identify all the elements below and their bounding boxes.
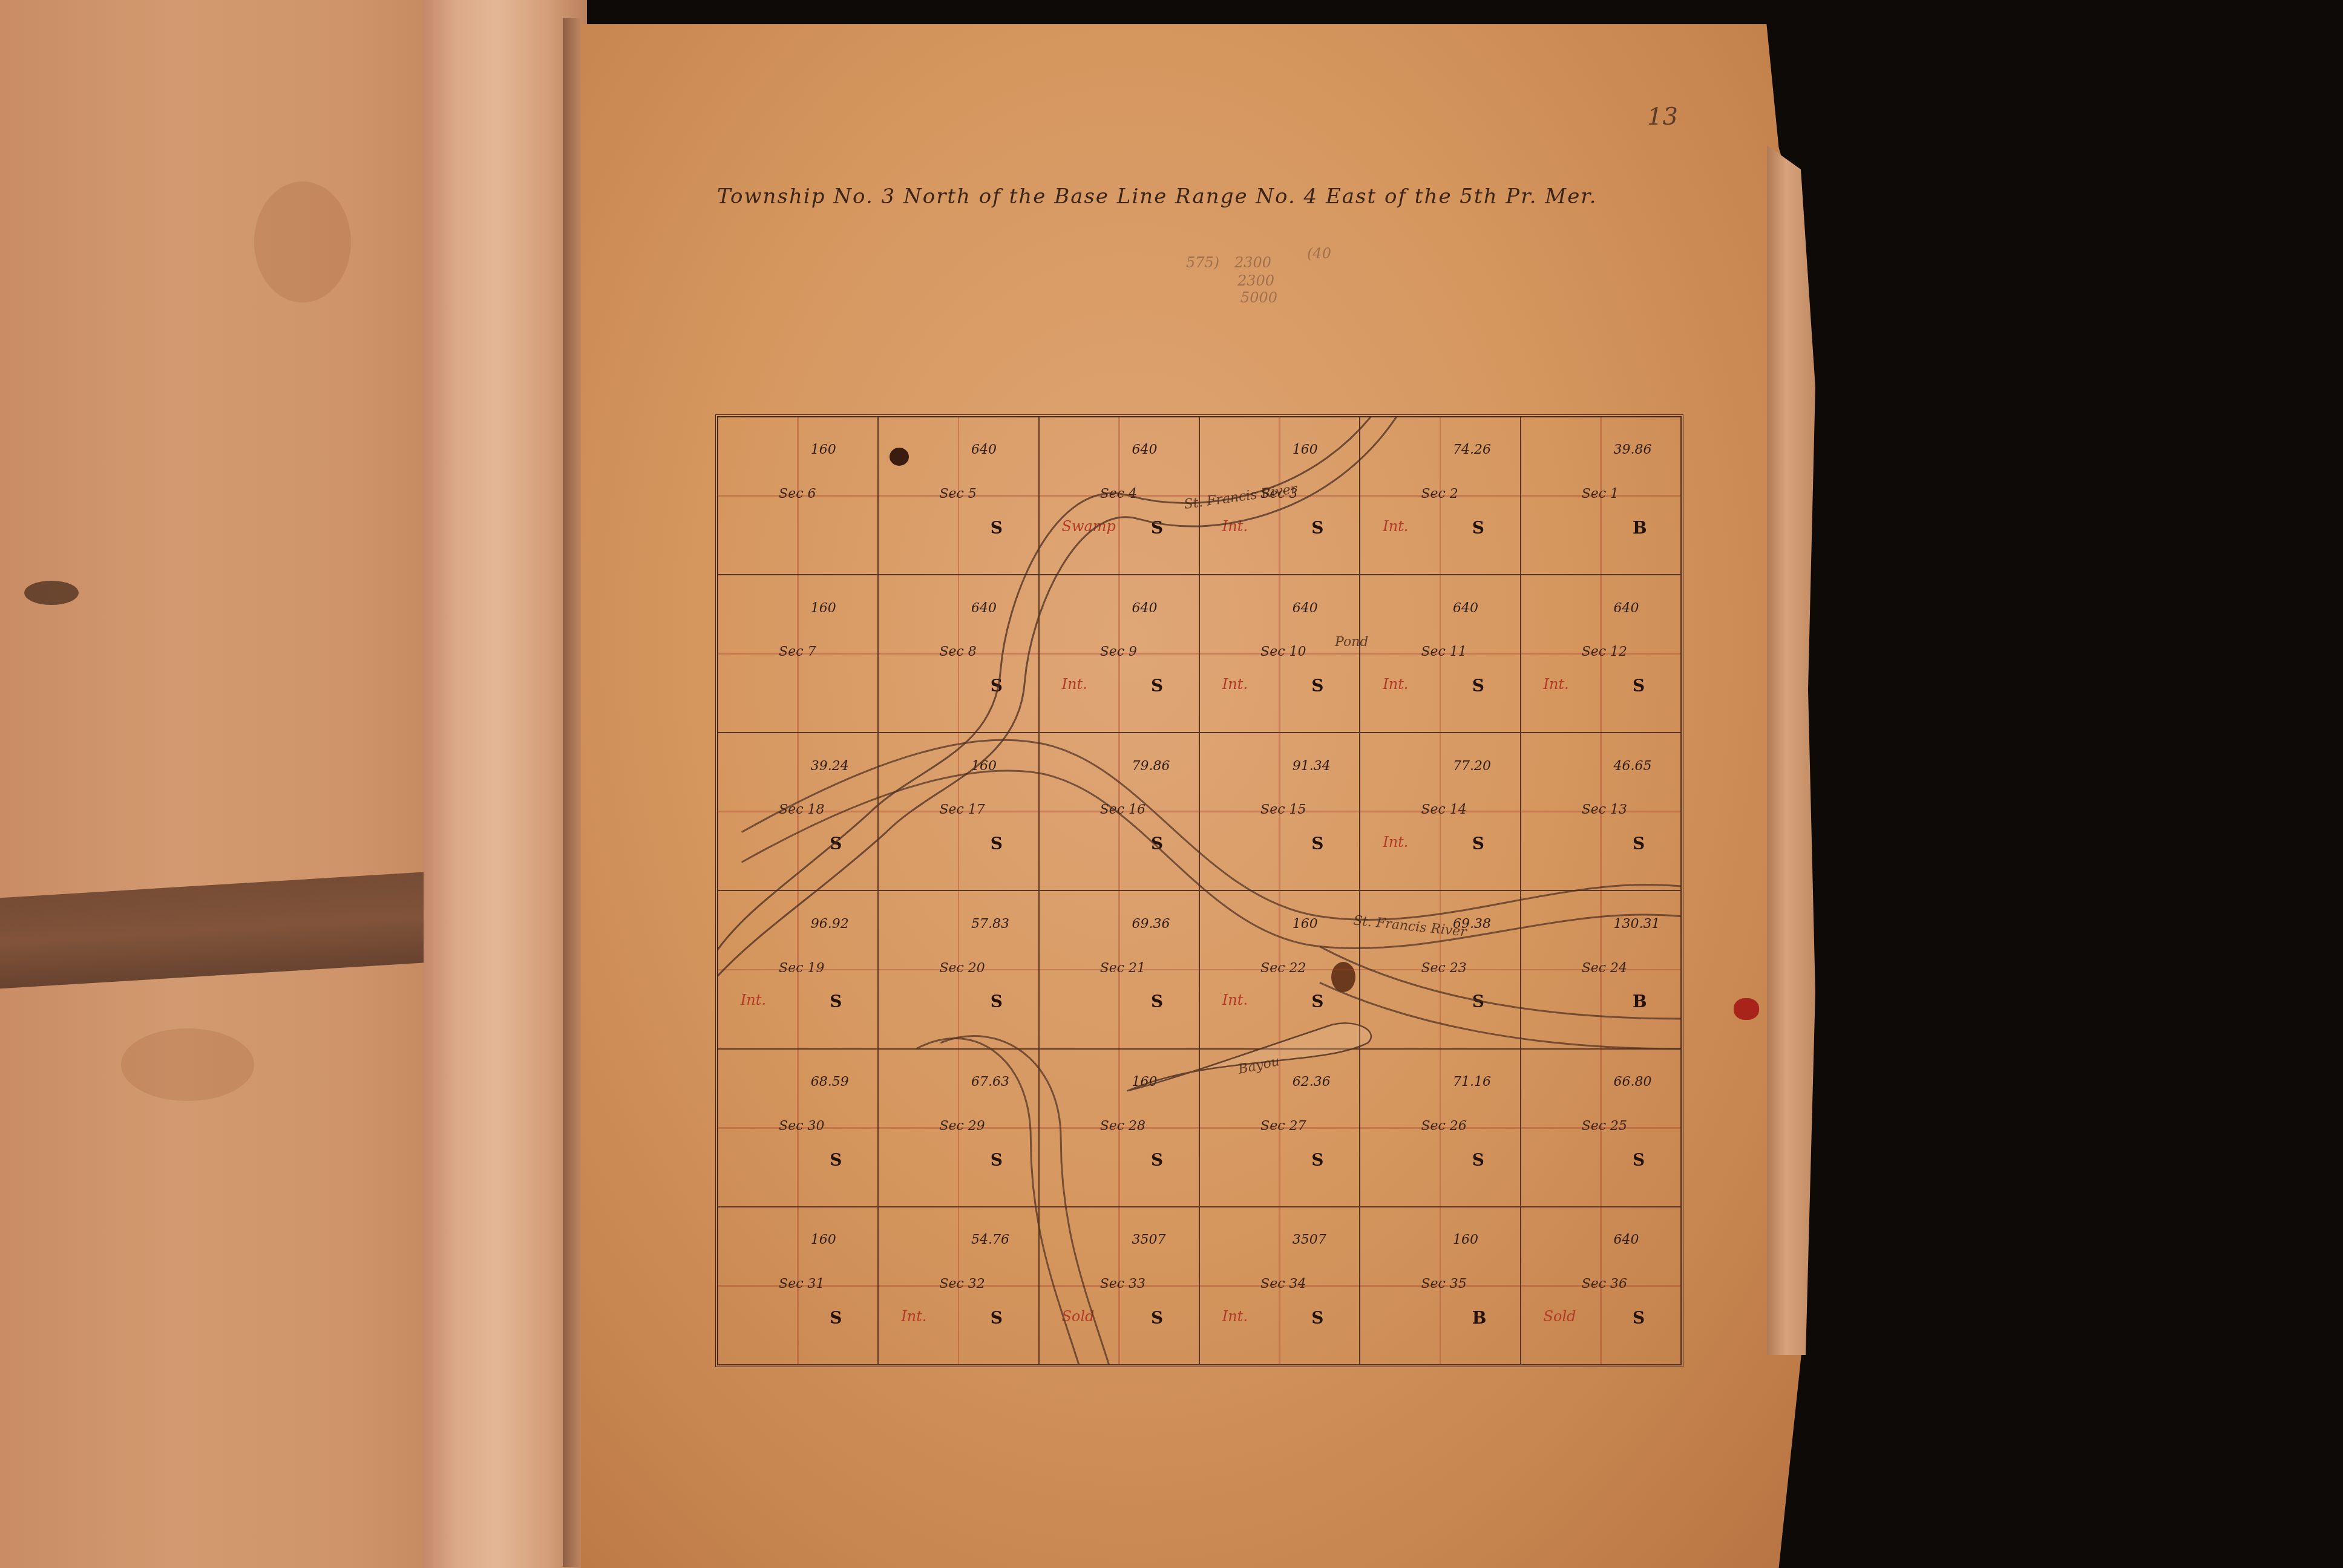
section-status: Int. [741,991,766,1008]
section-cell: 71.16Sec 26S [1360,1049,1520,1207]
section-cell: 66.80Sec 25S [1521,1049,1681,1207]
section-status: Int. [1383,676,1408,693]
section-label: Sec 17 [939,802,985,817]
section-cell: 160Sec 31S [718,1207,878,1365]
section-cell: 640Sec 12Int.S [1521,575,1681,733]
red-wax-seal-spot [1734,998,1759,1020]
section-grid: 160Sec 6 640Sec 5S 640Sec 4SwampS 160Sec… [718,417,1681,1365]
section-cell: 77.20Sec 14Int.S [1360,733,1520,890]
section-cell: 46.65Sec 13S [1521,733,1681,890]
section-mark: S [1311,991,1323,1011]
section-cell: 62.36Sec 27S [1199,1049,1360,1207]
section-label: Sec 34 [1260,1276,1306,1292]
section-mark: S [1151,518,1163,538]
section-mark: S [1311,676,1323,696]
section-acreage: 640 [1293,601,1318,616]
section-label: Sec 24 [1582,961,1627,976]
section-label: Sec 14 [1421,802,1466,817]
paper-stain [24,581,79,605]
section-acreage: 160 [971,759,997,774]
section-cell: 69.36Sec 21S [1039,890,1199,1048]
section-label: Sec 6 [779,486,816,501]
section-mark: S [991,1308,1003,1328]
section-acreage: 77.20 [1453,759,1491,774]
section-acreage: 3507 [1293,1232,1326,1247]
section-acreage: 79.86 [1132,759,1170,774]
section-label: Sec 8 [939,644,976,659]
section-label: Sec 27 [1260,1119,1306,1134]
section-cell: 640Sec 8S [878,575,1038,733]
section-acreage: 46.65 [1613,759,1651,774]
section-mark: S [1151,991,1163,1011]
section-acreage: 640 [971,601,997,616]
section-label: Sec 22 [1260,961,1306,976]
section-acreage: 640 [1453,601,1478,616]
section-mark: S [991,991,1003,1011]
section-cell: 54.76Sec 32Int.S [878,1207,1038,1365]
section-cell: 640Sec 4SwampS [1039,417,1199,575]
section-cell: 640Sec 5S [878,417,1038,575]
section-mark: S [830,1308,842,1328]
section-status: Int. [1222,991,1248,1008]
section-label: Sec 12 [1582,644,1627,659]
torn-page-edge [1767,145,1815,1355]
section-cell: 67.63Sec 29S [878,1049,1038,1207]
section-acreage: 3507 [1132,1232,1165,1247]
section-status: Int. [901,1308,926,1325]
section-cell: 39.24Sec 18S [718,733,878,890]
section-cell: 39.86Sec 1B [1521,417,1681,575]
section-mark: S [991,834,1003,854]
section-status: Int. [1383,834,1408,851]
section-acreage: 640 [1132,442,1157,457]
section-cell: 96.92Sec 19Int.S [718,890,878,1048]
section-acreage: 39.86 [1613,442,1651,457]
pencil-note: 2300 [1237,272,1274,289]
section-acreage: 160 [811,601,836,616]
section-label: Sec 16 [1100,802,1145,817]
section-mark: S [1311,1150,1323,1170]
section-mark: S [1472,991,1484,1011]
section-cell: 640Sec 10Int.S [1199,575,1360,733]
section-label: Sec 9 [1100,644,1137,659]
section-acreage: 39.24 [811,759,849,774]
section-mark: S [830,991,842,1011]
section-label: Sec 15 [1260,802,1306,817]
section-cell: 160Sec 35B [1360,1207,1520,1365]
river-label: Pond [1335,635,1368,650]
section-mark: S [1151,676,1163,696]
section-label: Sec 1 [1582,486,1619,501]
section-acreage: 130.31 [1613,916,1660,932]
section-mark: S [1311,518,1323,538]
section-acreage: 62.36 [1293,1074,1331,1089]
gutter-shadow [563,18,581,1567]
section-mark: S [1633,676,1645,696]
section-label: Sec 23 [1421,961,1466,976]
section-label: Sec 7 [779,644,816,659]
section-acreage: 640 [1132,601,1157,616]
section-acreage: 160 [1132,1074,1157,1089]
left-page [0,0,436,1568]
map-title: Township No. 3 North of the Base Line Ra… [717,185,1661,209]
section-acreage: 71.16 [1453,1074,1491,1089]
section-acreage: 96.92 [811,916,849,932]
section-cell: 160Sec 28S [1039,1049,1199,1207]
section-mark: S [991,1150,1003,1170]
section-cell: 160Sec 17S [878,733,1038,890]
section-cell: 91.34Sec 15S [1199,733,1360,890]
section-acreage: 640 [971,442,997,457]
section-acreage: 69.36 [1132,916,1170,932]
section-mark: S [1633,1308,1645,1328]
section-label: Sec 36 [1582,1276,1627,1292]
section-mark: B [1472,1308,1487,1328]
section-cell: 640Sec 11Int.S [1360,575,1520,733]
section-cell: 69.38Sec 23S [1360,890,1520,1048]
section-label: Sec 35 [1421,1276,1466,1292]
section-label: Sec 26 [1421,1119,1466,1134]
section-label: Sec 11 [1421,644,1466,659]
paper-stain [254,181,351,302]
section-mark: S [991,676,1003,696]
section-label: Sec 18 [779,802,824,817]
section-label: Sec 5 [939,486,976,501]
section-cell: 57.83Sec 20S [878,890,1038,1048]
section-acreage: 160 [811,1232,836,1247]
section-acreage: 57.83 [971,916,1009,932]
section-status: Sold [1062,1308,1095,1325]
section-cell: 68.59Sec 30S [718,1049,878,1207]
section-label: Sec 13 [1582,802,1627,817]
section-cell: 160Sec 6 [718,417,878,575]
page-number: 13 [1647,103,1678,131]
section-label: Sec 29 [939,1119,985,1134]
section-mark: S [1472,518,1484,538]
section-label: Sec 10 [1260,644,1306,659]
section-label: Sec 19 [779,961,824,976]
section-mark: B [1633,991,1647,1011]
section-label: Sec 20 [939,961,985,976]
section-mark: S [830,1150,842,1170]
section-cell: 640Sec 9Int.S [1039,575,1199,733]
section-mark: S [830,834,842,854]
section-mark: S [1472,676,1484,696]
section-mark: B [1633,518,1647,538]
section-status: Int. [1383,518,1408,535]
section-mark: S [1151,1150,1163,1170]
section-acreage: 54.76 [971,1232,1009,1247]
section-mark: S [1151,834,1163,854]
section-acreage: 68.59 [811,1074,849,1089]
section-acreage: 67.63 [971,1074,1009,1089]
section-acreage: 66.80 [1613,1074,1651,1089]
section-label: Sec 32 [939,1276,985,1292]
section-mark: S [1151,1308,1163,1328]
section-status: Int. [1222,1308,1248,1325]
section-mark: S [1633,834,1645,854]
section-acreage: 160 [1453,1232,1478,1247]
section-status: Sold [1544,1308,1576,1325]
pencil-note: 2300 [1234,254,1271,271]
section-status: Int. [1544,676,1569,693]
pencil-note: 575) [1186,254,1219,271]
section-mark: S [1311,1308,1323,1328]
section-acreage: 160 [811,442,836,457]
section-status: Int. [1222,676,1248,693]
section-status: Int. [1062,676,1087,693]
section-cell: 640Sec 36SoldS [1521,1207,1681,1365]
section-cell: 79.86Sec 16S [1039,733,1199,890]
section-acreage: 640 [1613,601,1639,616]
section-acreage: 640 [1613,1232,1639,1247]
section-acreage: 91.34 [1293,759,1331,774]
pencil-note: 5000 [1240,289,1277,306]
section-mark: S [1472,1150,1484,1170]
section-label: Sec 28 [1100,1119,1145,1134]
section-cell: 160Sec 22Int.S [1199,890,1360,1048]
section-status: Int. [1222,518,1248,535]
section-label: Sec 2 [1421,486,1458,501]
section-mark: S [1633,1150,1645,1170]
section-label: Sec 21 [1100,961,1145,976]
section-status: Swamp [1062,518,1116,535]
section-mark: S [991,518,1003,538]
section-acreage: 74.26 [1453,442,1491,457]
section-cell: 130.31Sec 24B [1521,890,1681,1048]
pencil-note: (40 [1307,245,1331,262]
section-label: Sec 4 [1100,486,1137,501]
section-label: Sec 30 [779,1119,824,1134]
section-acreage: 160 [1293,442,1318,457]
section-cell: 74.26Sec 2Int.S [1360,417,1520,575]
section-cell: 3507Sec 34Int.S [1199,1207,1360,1365]
section-mark: S [1472,834,1484,854]
section-mark: S [1311,834,1323,854]
section-label: Sec 31 [779,1276,824,1292]
township-plat-map: 160Sec 6 640Sec 5S 640Sec 4SwampS 160Sec… [715,414,1683,1367]
section-cell: 3507Sec 33SoldS [1039,1207,1199,1365]
paper-stain [121,1028,254,1101]
section-label: Sec 25 [1582,1119,1627,1134]
section-acreage: 160 [1293,916,1318,932]
section-cell: 160Sec 7 [718,575,878,733]
section-label: Sec 33 [1100,1276,1145,1292]
